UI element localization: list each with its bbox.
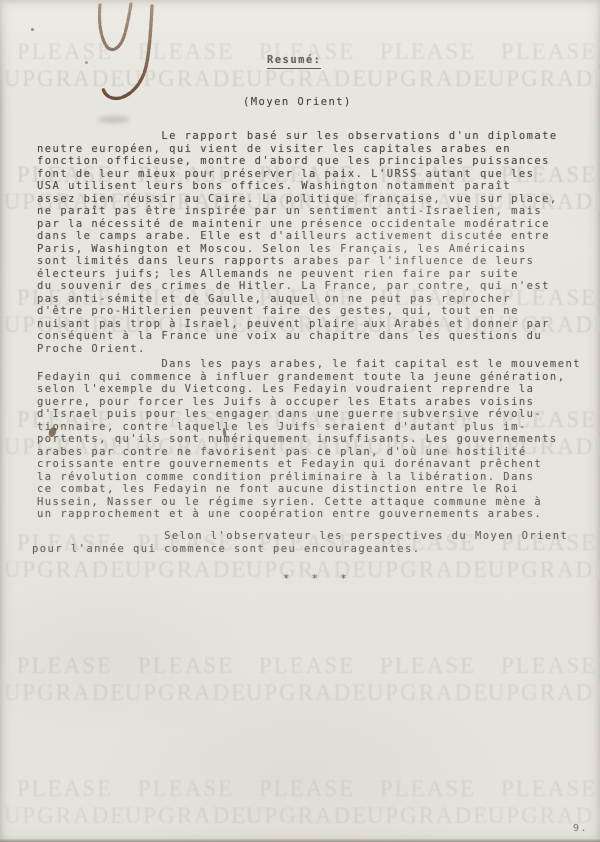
watermark-tile: PLEASEUPGRADE <box>4 775 127 829</box>
watermark-line-1: PLEASE <box>367 38 490 65</box>
watermark-line-2: UPGRADE <box>488 65 600 92</box>
ink-speck <box>31 28 34 31</box>
watermark-tile: PLEASEUPGRADE <box>488 652 600 706</box>
watermark-line-2: UPGRADE <box>367 802 490 829</box>
watermark-line-2: UPGRADE <box>246 65 369 92</box>
paragraph-2: Dans les pays arabes, le fait capital es… <box>37 358 581 521</box>
watermark-tile: PLEASEUPGRADE <box>367 38 490 92</box>
watermark-line-2: UPGRADE <box>367 679 490 706</box>
watermark-line-2: UPGRADE <box>367 65 490 92</box>
document-subtitle: (Moyen Orient) <box>243 96 352 109</box>
watermark-tile: PLEASEUPGRADE <box>125 652 248 706</box>
watermark-line-2: UPGRADE <box>125 802 248 829</box>
pencil-smudge <box>98 116 130 123</box>
watermark-line-1: PLEASE <box>367 652 490 679</box>
watermark-line-2: UPGRADE <box>488 556 600 583</box>
watermark-line-1: PLEASE <box>488 38 600 65</box>
document-title: Resumé: <box>267 54 321 69</box>
ink-speck <box>85 61 88 64</box>
section-separator: * * * <box>283 573 355 586</box>
ink-stroke-small-u <box>99 4 131 50</box>
paragraph-3: Selon l'observateur les perspectives du … <box>32 530 568 555</box>
handwritten-ink-mark <box>90 0 160 105</box>
watermark-line-1: PLEASE <box>367 775 490 802</box>
watermark-line-1: PLEASE <box>246 775 369 802</box>
watermark-line-1: PLEASE <box>4 652 127 679</box>
watermark-line-1: PLEASE <box>125 652 248 679</box>
watermark-line-2: UPGRADE <box>246 802 369 829</box>
watermark-tile: PLEASEUPGRADE <box>4 652 127 706</box>
watermark-line-2: UPGRADE <box>125 556 248 583</box>
watermark-line-2: UPGRADE <box>125 679 248 706</box>
watermark-line-1: PLEASE <box>488 775 600 802</box>
watermark-line-1: PLEASE <box>4 775 127 802</box>
watermark-tile: PLEASEUPGRADE <box>246 652 369 706</box>
watermark-line-2: UPGRADE <box>367 556 490 583</box>
watermark-tile: PLEASEUPGRADE <box>367 652 490 706</box>
watermark-line-2: UPGRADE <box>4 802 127 829</box>
watermark-line-1: PLEASE <box>246 652 369 679</box>
watermark-line-2: UPGRADE <box>488 679 600 706</box>
watermark-line-1: PLEASE <box>488 652 600 679</box>
watermark-line-2: UPGRADE <box>246 679 369 706</box>
watermark-line-2: UPGRADE <box>4 679 127 706</box>
watermark-tile: PLEASEUPGRADE <box>367 775 490 829</box>
scanned-document-page: PLEASEUPGRADEPLEASEUPGRADEPLEASEUPGRADEP… <box>0 0 600 842</box>
watermark-tile: PLEASEUPGRADE <box>488 38 600 92</box>
watermark-line-2: UPGRADE <box>4 556 127 583</box>
paragraph-1: Le rapport basé sur les observations d'u… <box>37 130 558 355</box>
watermark-tile: PLEASEUPGRADE <box>488 775 600 829</box>
page-number: 9. <box>573 823 588 836</box>
watermark-line-1: PLEASE <box>125 775 248 802</box>
watermark-tile: PLEASEUPGRADE <box>246 775 369 829</box>
watermark-tile: PLEASEUPGRADE <box>125 775 248 829</box>
